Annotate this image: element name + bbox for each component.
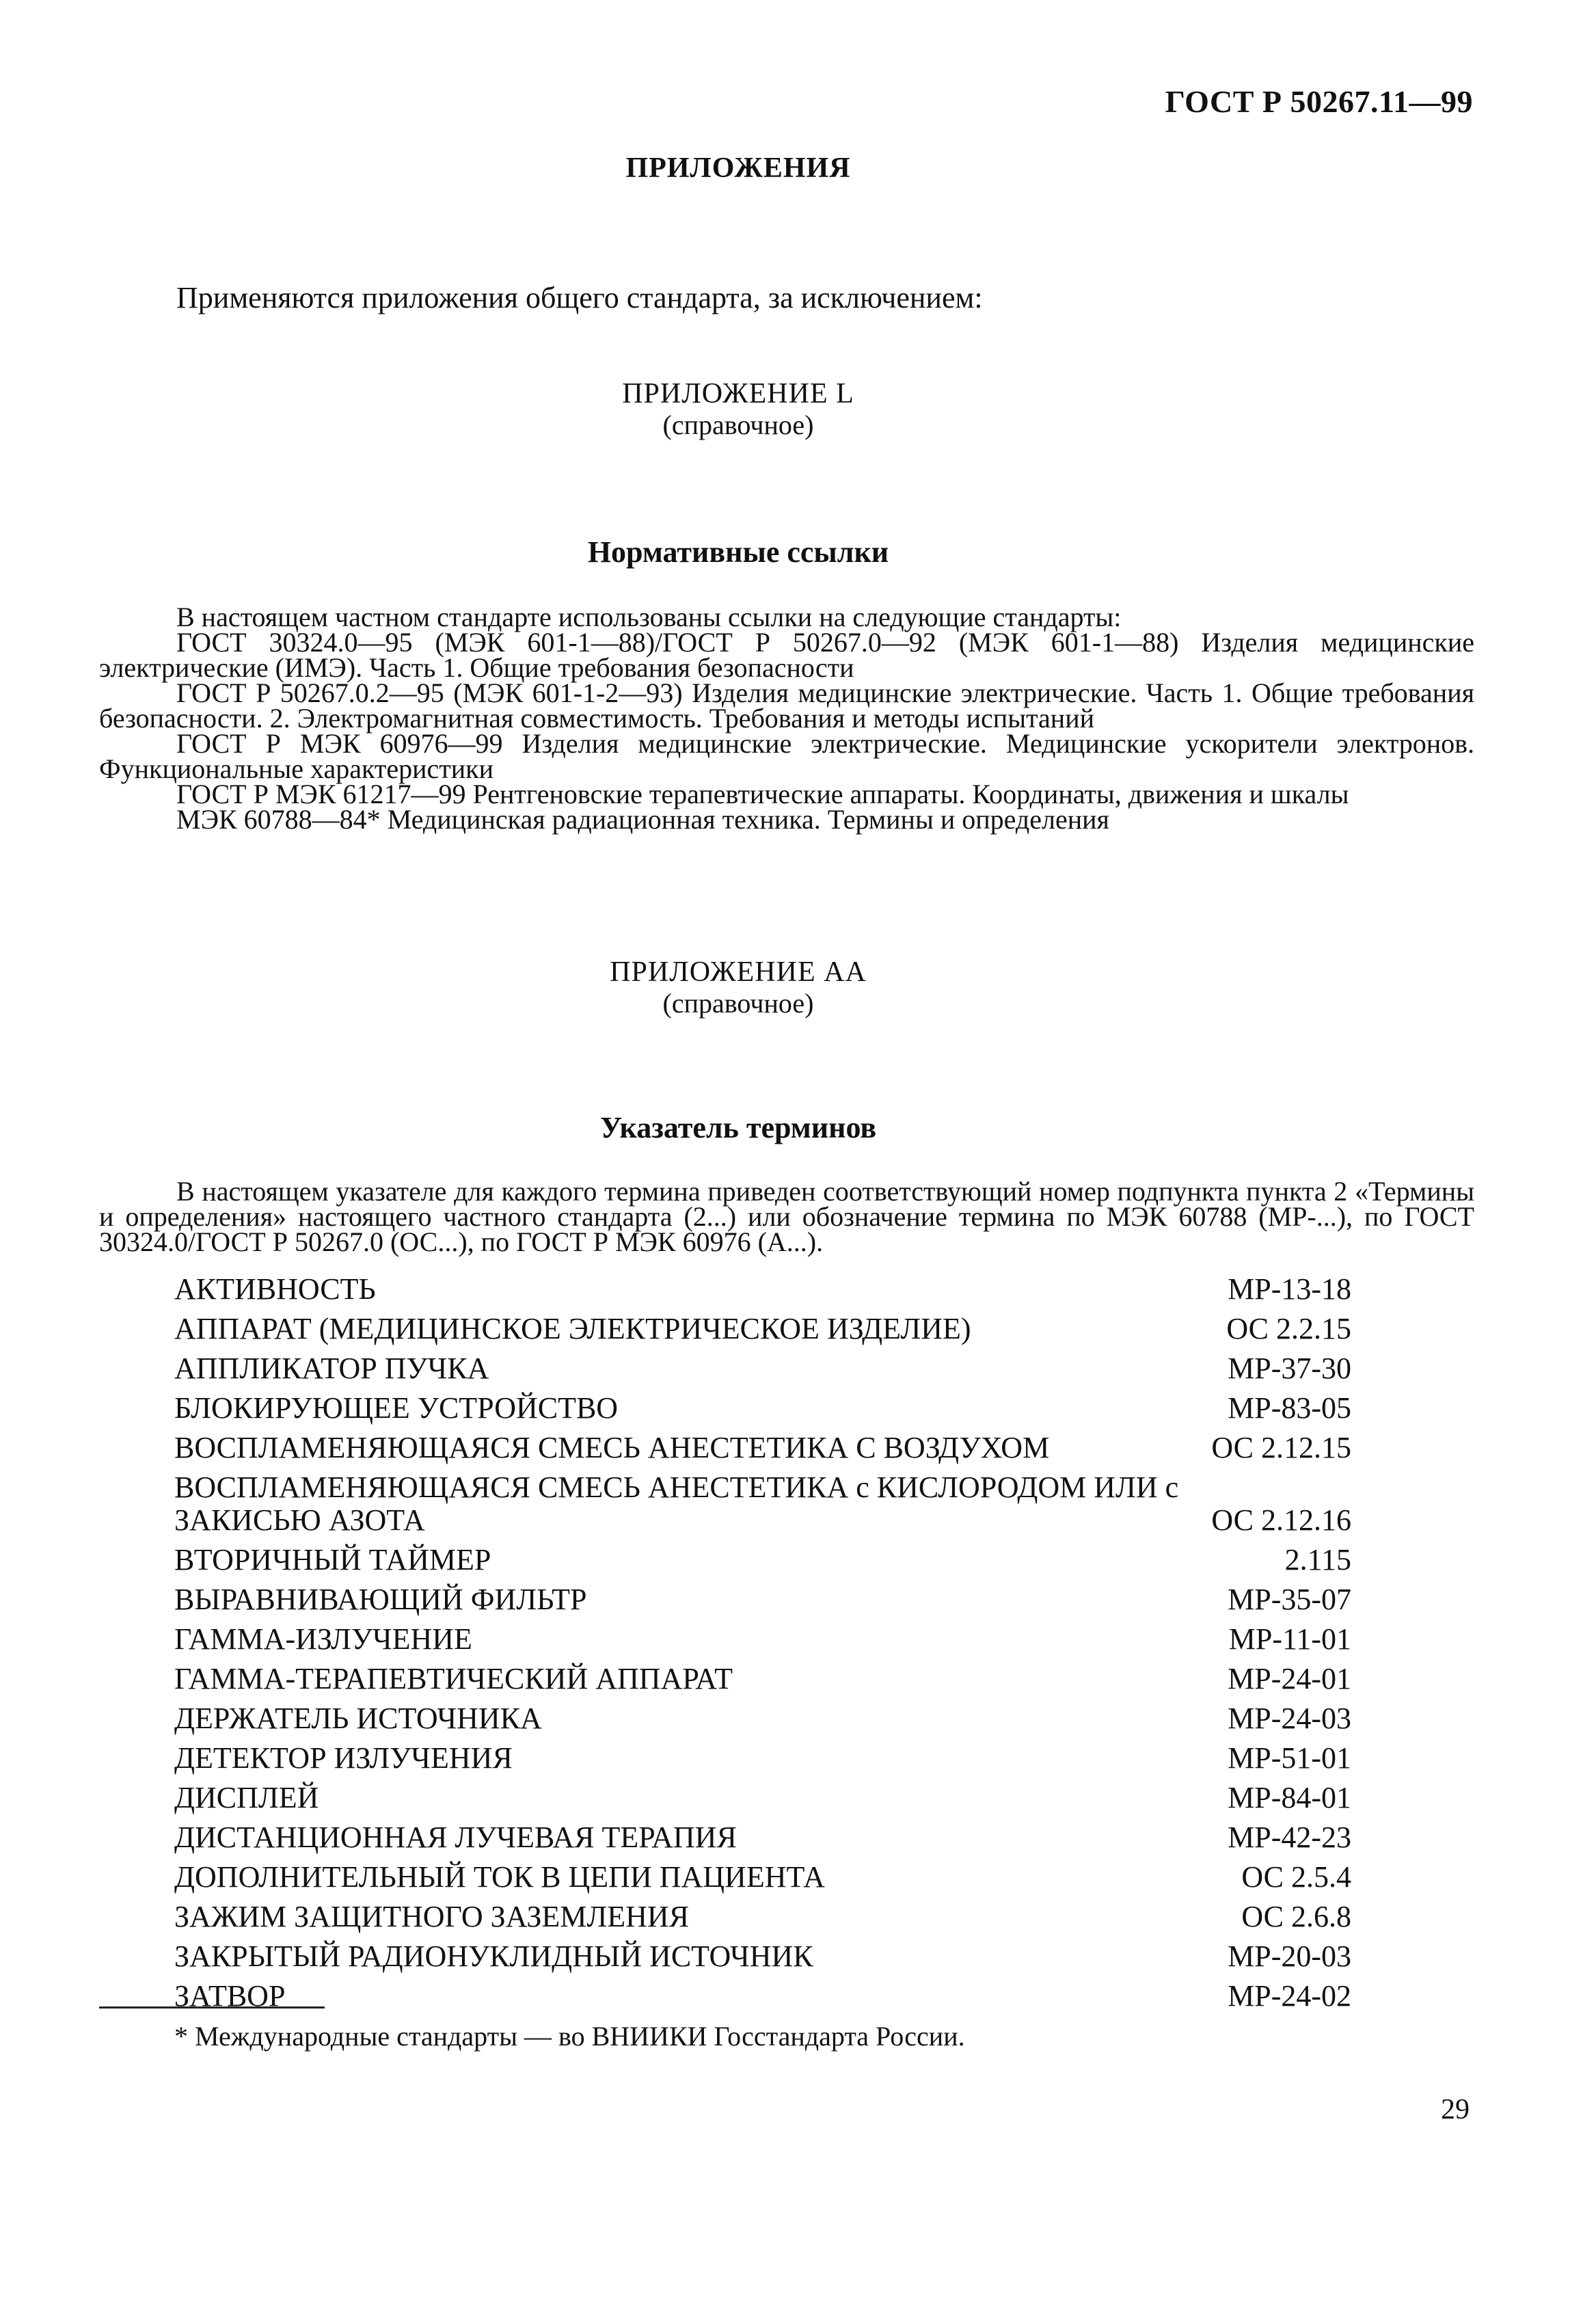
term-index-row: ДИСПЛЕЙМР-84-01 bbox=[174, 1782, 1351, 1814]
reference-item: ГОСТ 30324.0—95 (МЭК 601-1—88)/ГОСТ Р 50… bbox=[99, 630, 1474, 680]
term-name: ЗАЖИМ ЗАЩИТНОГО ЗАЗЕМЛЕНИЯ bbox=[174, 1901, 1241, 1933]
term-name: ВТОРИЧНЫЙ ТАЙМЕР bbox=[174, 1544, 1285, 1576]
page-number: 29 bbox=[1441, 2093, 1470, 2126]
appendices-heading: ПРИЛОЖЕНИЯ bbox=[0, 152, 1476, 185]
term-name: ДИСПЛЕЙ bbox=[174, 1782, 1228, 1814]
term-name: АКТИВНОСТЬ bbox=[174, 1273, 1228, 1306]
term-index-row: ДОПОЛНИТЕЛЬНЫЙ ТОК В ЦЕПИ ПАЦИЕНТАОС 2.5… bbox=[174, 1861, 1351, 1894]
term-index-intro-block: В настоящем указателе для каждого термин… bbox=[99, 1179, 1474, 1254]
term-name: ГАММА-ТЕРАПЕВТИЧЕСКИЙ АППАРАТ bbox=[174, 1663, 1228, 1695]
term-name: ГАММА-ИЗЛУЧЕНИЕ bbox=[174, 1623, 1229, 1656]
term-name: БЛОКИРУЮЩЕЕ УСТРОЙСТВО bbox=[174, 1392, 1228, 1425]
term-index-row: АППЛИКАТОР ПУЧКАМР-37-30 bbox=[174, 1352, 1351, 1385]
footnote: * Международные стандарты — во ВНИИКИ Го… bbox=[174, 2020, 965, 2052]
term-index-row: АКТИВНОСТЬМР-13-18 bbox=[174, 1273, 1351, 1306]
term-code: ОС 2.12.16 bbox=[1211, 1504, 1351, 1537]
term-code: ОС 2.6.8 bbox=[1241, 1901, 1351, 1933]
term-code: МР-35-07 bbox=[1228, 1583, 1351, 1616]
term-index-row: ГАММА-ТЕРАПЕВТИЧЕСКИЙ АППАРАТМР-24-01 bbox=[174, 1663, 1351, 1695]
term-name: ВОСПЛАМЕНЯЮЩАЯСЯ СМЕСЬ АНЕСТЕТИКА с КИСЛ… bbox=[174, 1471, 1211, 1537]
term-index-row: ГАММА-ИЗЛУЧЕНИЕМР-11-01 bbox=[174, 1623, 1351, 1656]
term-name: ДОПОЛНИТЕЛЬНЫЙ ТОК В ЦЕПИ ПАЦИЕНТА bbox=[174, 1861, 1241, 1894]
term-index-row: ДЕРЖАТЕЛЬ ИСТОЧНИКАМР-24-03 bbox=[174, 1702, 1351, 1735]
term-index-row: ЗАКРЫТЫЙ РАДИОНУКЛИДНЫЙ ИСТОЧНИКМР-20-03 bbox=[174, 1940, 1351, 1973]
normative-references-title: Нормативные ссылки bbox=[0, 535, 1476, 569]
term-code: МР-83-05 bbox=[1228, 1392, 1351, 1425]
annex-l-subtitle: (справочное) bbox=[0, 409, 1476, 441]
term-name: ВОСПЛАМЕНЯЮЩАЯСЯ СМЕСЬ АНЕСТЕТИКА С ВОЗД… bbox=[174, 1432, 1211, 1464]
term-code: ОС 2.12.15 bbox=[1211, 1432, 1351, 1464]
term-code: МР-24-03 bbox=[1228, 1702, 1351, 1735]
term-name: ДЕРЖАТЕЛЬ ИСТОЧНИКА bbox=[174, 1702, 1228, 1735]
term-index-row: ДЕТЕКТОР ИЗЛУЧЕНИЯМР-51-01 bbox=[174, 1742, 1351, 1775]
annex-l-title: ПРИЛОЖЕНИЕ L bbox=[0, 377, 1476, 410]
term-index-row: ВТОРИЧНЫЙ ТАЙМЕР2.115 bbox=[174, 1544, 1351, 1576]
term-name: ВЫРАВНИВАЮЩИЙ ФИЛЬТР bbox=[174, 1583, 1228, 1616]
references-intro: В настоящем частном стандарте использова… bbox=[99, 604, 1474, 630]
term-code: МР-24-02 bbox=[1228, 1980, 1351, 2013]
document-page: ГОСТ Р 50267.11—99 ПРИЛОЖЕНИЯ Применяютс… bbox=[0, 0, 1596, 2310]
term-code: МР-11-01 bbox=[1229, 1623, 1351, 1656]
term-index-row: ВЫРАВНИВАЮЩИЙ ФИЛЬТРМР-35-07 bbox=[174, 1583, 1351, 1616]
term-code: МР-13-18 bbox=[1228, 1273, 1351, 1306]
term-name: АППАРАТ (МЕДИЦИНСКОЕ ЭЛЕКТРИЧЕСКОЕ ИЗДЕЛ… bbox=[174, 1313, 1226, 1345]
term-code: МР-20-03 bbox=[1228, 1940, 1351, 1973]
term-code: МР-24-01 bbox=[1228, 1663, 1351, 1695]
term-index-row: ВОСПЛАМЕНЯЮЩАЯСЯ СМЕСЬ АНЕСТЕТИКА С ВОЗД… bbox=[174, 1432, 1351, 1464]
term-index-list: АКТИВНОСТЬМР-13-18АППАРАТ (МЕДИЦИНСКОЕ Э… bbox=[174, 1273, 1351, 2019]
footnote-divider bbox=[99, 2006, 325, 2009]
term-name: ДИСТАНЦИОННАЯ ЛУЧЕВАЯ ТЕРАПИЯ bbox=[174, 1821, 1228, 1854]
term-name: ЗАТВОР bbox=[174, 1980, 1228, 2013]
appendices-intro: Применяются приложения общего стандарта,… bbox=[176, 280, 983, 315]
term-code: ОС 2.5.4 bbox=[1241, 1861, 1351, 1894]
term-index-row: ДИСТАНЦИОННАЯ ЛУЧЕВАЯ ТЕРАПИЯМР-42-23 bbox=[174, 1821, 1351, 1854]
reference-item: ГОСТ Р МЭК 60976—99 Изделия медицинские … bbox=[99, 731, 1474, 781]
document-code-header: ГОСТ Р 50267.11—99 bbox=[1165, 83, 1473, 120]
term-name: АППЛИКАТОР ПУЧКА bbox=[174, 1352, 1228, 1385]
term-name: ДЕТЕКТОР ИЗЛУЧЕНИЯ bbox=[174, 1742, 1228, 1775]
term-index-title: Указатель терминов bbox=[0, 1110, 1476, 1145]
term-code: 2.115 bbox=[1285, 1544, 1351, 1576]
term-code: МР-51-01 bbox=[1228, 1742, 1351, 1775]
term-index-row: БЛОКИРУЮЩЕЕ УСТРОЙСТВОМР-83-05 bbox=[174, 1392, 1351, 1425]
term-index-row: ЗАЖИМ ЗАЩИТНОГО ЗАЗЕМЛЕНИЯОС 2.6.8 bbox=[174, 1901, 1351, 1933]
term-index-intro: В настоящем указателе для каждого термин… bbox=[99, 1179, 1474, 1254]
term-code: МР-37-30 bbox=[1228, 1352, 1351, 1385]
annex-aa-subtitle: (справочное) bbox=[0, 987, 1476, 1019]
term-name: ЗАКРЫТЫЙ РАДИОНУКЛИДНЫЙ ИСТОЧНИК bbox=[174, 1940, 1228, 1973]
term-index-row: ЗАТВОРМР-24-02 bbox=[174, 1980, 1351, 2013]
term-code: ОС 2.2.15 bbox=[1226, 1313, 1351, 1345]
term-index-row: ВОСПЛАМЕНЯЮЩАЯСЯ СМЕСЬ АНЕСТЕТИКА с КИСЛ… bbox=[174, 1471, 1351, 1537]
normative-references-list: В настоящем частном стандарте использова… bbox=[99, 604, 1474, 832]
term-index-row: АППАРАТ (МЕДИЦИНСКОЕ ЭЛЕКТРИЧЕСКОЕ ИЗДЕЛ… bbox=[174, 1313, 1351, 1345]
annex-aa-title: ПРИЛОЖЕНИЕ АА bbox=[0, 956, 1476, 989]
term-code: МР-84-01 bbox=[1228, 1782, 1351, 1814]
reference-item: МЭК 60788—84* Медицинская радиационная т… bbox=[99, 807, 1474, 832]
reference-item: ГОСТ Р МЭК 61217—99 Рентгеновские терапе… bbox=[99, 781, 1474, 807]
term-code: МР-42-23 bbox=[1228, 1821, 1351, 1854]
reference-item: ГОСТ Р 50267.0.2—95 (МЭК 601-1-2—93) Изд… bbox=[99, 680, 1474, 731]
